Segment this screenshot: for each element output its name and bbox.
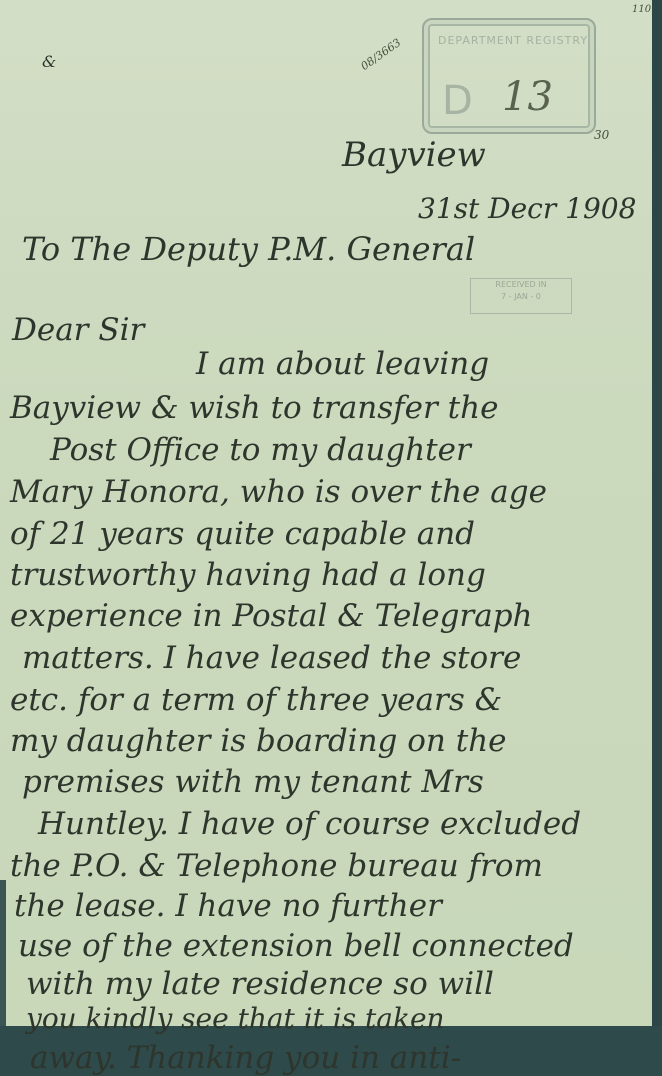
body-line: etc. for a term of three years & [10, 682, 502, 718]
received-stamp-date: 7 - JAN - 0 [471, 291, 571, 303]
registry-stamp-header: DEPARTMENT REGISTRY [438, 34, 588, 47]
scan-edge-left [0, 880, 6, 1026]
body-line: matters. I have leased the store [22, 640, 521, 676]
body-line: trustworthy having had a long [10, 557, 486, 593]
letter-page: 110 & 08/3663 DEPARTMENT REGISTRY D 13 3… [0, 0, 654, 1026]
page-mark: 30 [594, 128, 609, 142]
salutation: Dear Sir [12, 312, 144, 348]
body-line: I am about leaving [196, 346, 489, 382]
body-line: Mary Honora, who is over the age [10, 474, 547, 510]
registry-stamp-code: D [442, 78, 473, 124]
body-line: use of the extension bell connected [18, 928, 574, 964]
registry-stamp-number: 13 [502, 74, 553, 120]
registry-stamp: DEPARTMENT REGISTRY D 13 [422, 18, 596, 134]
scan-edge-right [652, 0, 662, 1026]
top-left-mark: & [42, 52, 56, 71]
letter-place: Bayview [342, 135, 486, 175]
body-line: of 21 years quite capable and [10, 516, 475, 552]
body-line: premises with my tenant Mrs [22, 764, 484, 800]
body-line: Bayview & wish to transfer the [10, 390, 498, 426]
body-line: the lease. I have no further [14, 888, 442, 924]
body-line: Post Office to my daughter [50, 432, 471, 468]
body-line: you kindly see that it is taken [26, 1002, 445, 1026]
received-stamp-label: RECEIVED IN [471, 279, 571, 291]
folio-number: 110 [632, 4, 651, 15]
file-reference: 08/3663 [358, 36, 403, 73]
received-stamp: RECEIVED IN 7 - JAN - 0 [470, 278, 572, 314]
body-line: with my late residence so will [26, 966, 494, 1002]
body-line: experience in Postal & Telegraph [10, 598, 533, 634]
body-line: Huntley. I have of course excluded [38, 806, 581, 842]
body-line: my daughter is boarding on the [10, 723, 507, 759]
letter-date: 31st Decr 1908 [418, 192, 636, 225]
body-line: the P.O. & Telephone bureau from [10, 848, 543, 884]
addressee: To The Deputy P.M. General [22, 230, 475, 268]
